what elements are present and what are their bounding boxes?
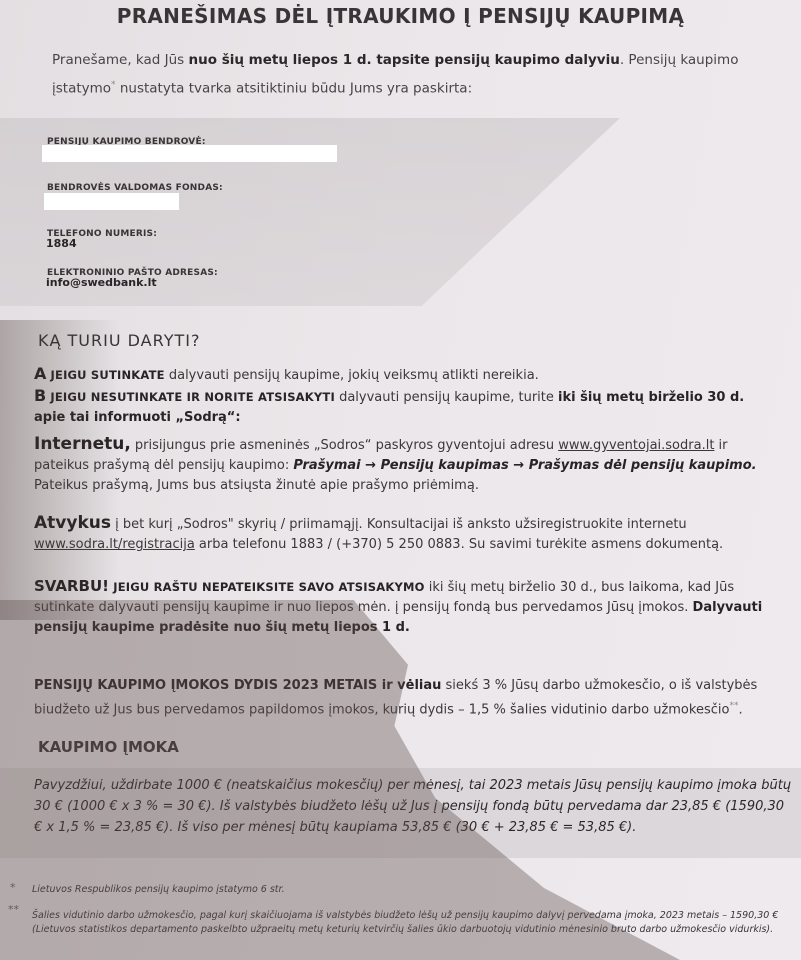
- field-value-phone: 1884: [46, 237, 77, 250]
- option-b: B JEIGU NESUTINKATE IR NORITE ATSISAKYTI…: [34, 386, 779, 428]
- example-paragraph: Pavyzdžiui, uždirbate 1000 € (neatskaiči…: [34, 775, 794, 838]
- option-b-text: dalyvauti pensijų kaupime, turite: [335, 390, 558, 405]
- internet-text-3: Pateikus prašymą, Jums bus atsiųsta žinu…: [34, 478, 479, 493]
- kaupimo-imoka-heading: KAUPIMO ĮMOKA: [38, 738, 179, 756]
- intro-paragraph: Pranešame, kad Jūs nuo šių metų liepos 1…: [52, 48, 752, 102]
- in-person-text-2: arba telefonu 1883 / (+370) 5 250 0883. …: [195, 537, 723, 552]
- contribution-bold: PENSIJŲ KAUPIMO ĮMOKOS DYDIS 2023 METAIS…: [34, 678, 441, 693]
- redaction-bar-fund: [44, 193, 179, 210]
- footnote-1-star-icon: *: [10, 881, 16, 895]
- internet-text-1: prisijungus prie asmeninės „Sodros“ pask…: [131, 438, 558, 453]
- option-b-caps: JEIGU NESUTINKATE IR NORITE ATSISAKYTI: [50, 390, 335, 404]
- option-a-caps: JEIGU SUTINKATE: [51, 368, 165, 382]
- important-paragraph: SVARBU! JEIGU RAŠTU NEPATEIKSITE SAVO AT…: [34, 576, 779, 638]
- field-label-fund: BENDROVĖS VALDOMAS FONDAS:: [47, 183, 223, 193]
- option-b-letter: B: [34, 386, 46, 405]
- important-lead: SVARBU!: [34, 577, 109, 595]
- footnote-1-text: Lietuvos Respublikos pensijų kaupimo įst…: [32, 883, 285, 897]
- contribution-end: .: [738, 702, 742, 717]
- gyventojai-sodra-link[interactable]: www.gyventojai.sodra.lt: [558, 438, 714, 453]
- footnote-2-text: Šalies vidutinio darbo užmokesčio, pagal…: [32, 909, 794, 937]
- contribution-paragraph: PENSIJŲ KAUPIMO ĮMOKOS DYDIS 2023 METAIS…: [34, 676, 779, 720]
- internet-path: Prašymai → Pensijų kaupimas → Prašymas d…: [293, 458, 756, 473]
- footnote-2-star-icon: **: [8, 903, 19, 917]
- in-person-lead: Atvykus: [34, 513, 111, 533]
- intro-text: Pranešame, kad Jūs: [52, 52, 189, 68]
- sodra-registracija-link[interactable]: www.sodra.lt/registracija: [34, 537, 195, 552]
- redaction-bar-company: [42, 145, 337, 162]
- in-person-paragraph: Atvykus į bet kurį „Sodros" skyrių / pri…: [34, 513, 779, 555]
- internet-lead: Internetu,: [34, 434, 131, 454]
- what-to-do-heading: KĄ TURIU DARYTI?: [38, 331, 200, 350]
- internet-paragraph: Internetu, prisijungus prie asmeninės „S…: [34, 434, 779, 496]
- intro-line-2: nustatyta tvarka atsitiktiniu būdu Jums …: [116, 81, 473, 97]
- document-title: PRANEŠIMAS DĖL ĮTRAUKIMO Į PENSIJŲ KAUPI…: [0, 4, 801, 28]
- option-a-letter: A: [34, 364, 46, 383]
- option-a-text: dalyvauti pensijų kaupime, jokių veiksmų…: [165, 368, 539, 383]
- in-person-text-1: į bet kurį „Sodros" skyrių / priimamąjį.…: [111, 517, 687, 532]
- intro-bold: nuo šių metų liepos 1 d. tapsite pensijų…: [189, 52, 620, 68]
- field-value-email: info@swedbank.lt: [46, 276, 157, 289]
- option-a: A JEIGU SUTINKATE dalyvauti pensijų kaup…: [34, 364, 779, 386]
- important-caps: JEIGU RAŠTU NEPATEIKSITE SAVO ATSISAKYMO: [109, 580, 425, 594]
